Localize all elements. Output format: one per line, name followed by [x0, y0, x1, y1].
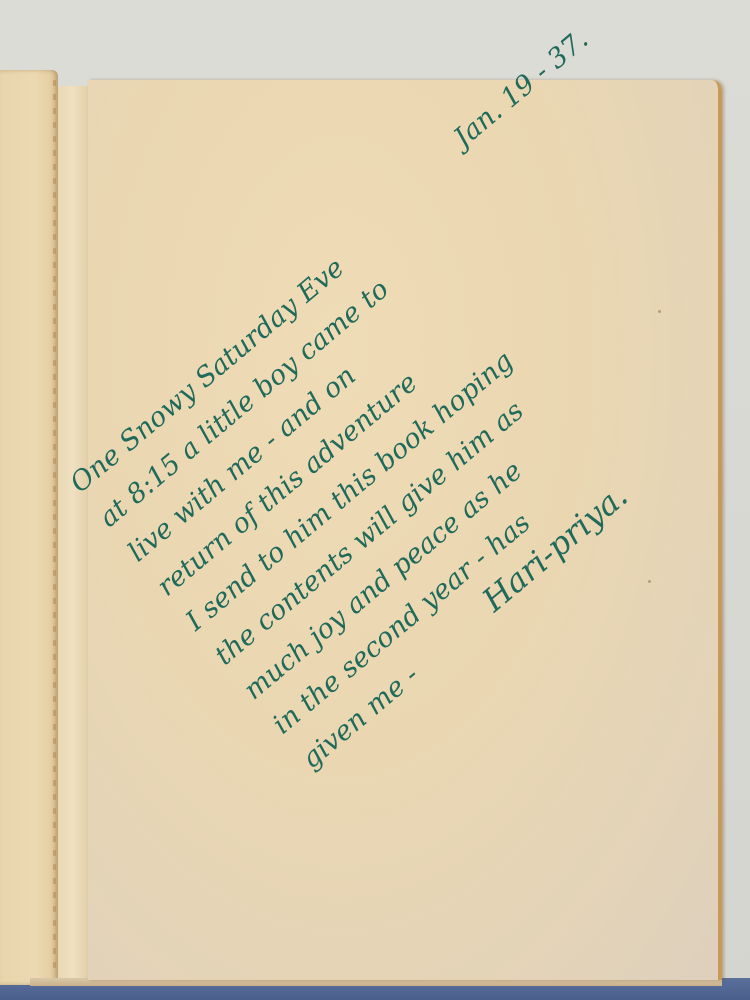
book-gutter — [58, 86, 89, 981]
foxing-spot — [658, 310, 661, 313]
foxing-spot — [648, 580, 651, 583]
left-page-edge — [0, 70, 58, 985]
